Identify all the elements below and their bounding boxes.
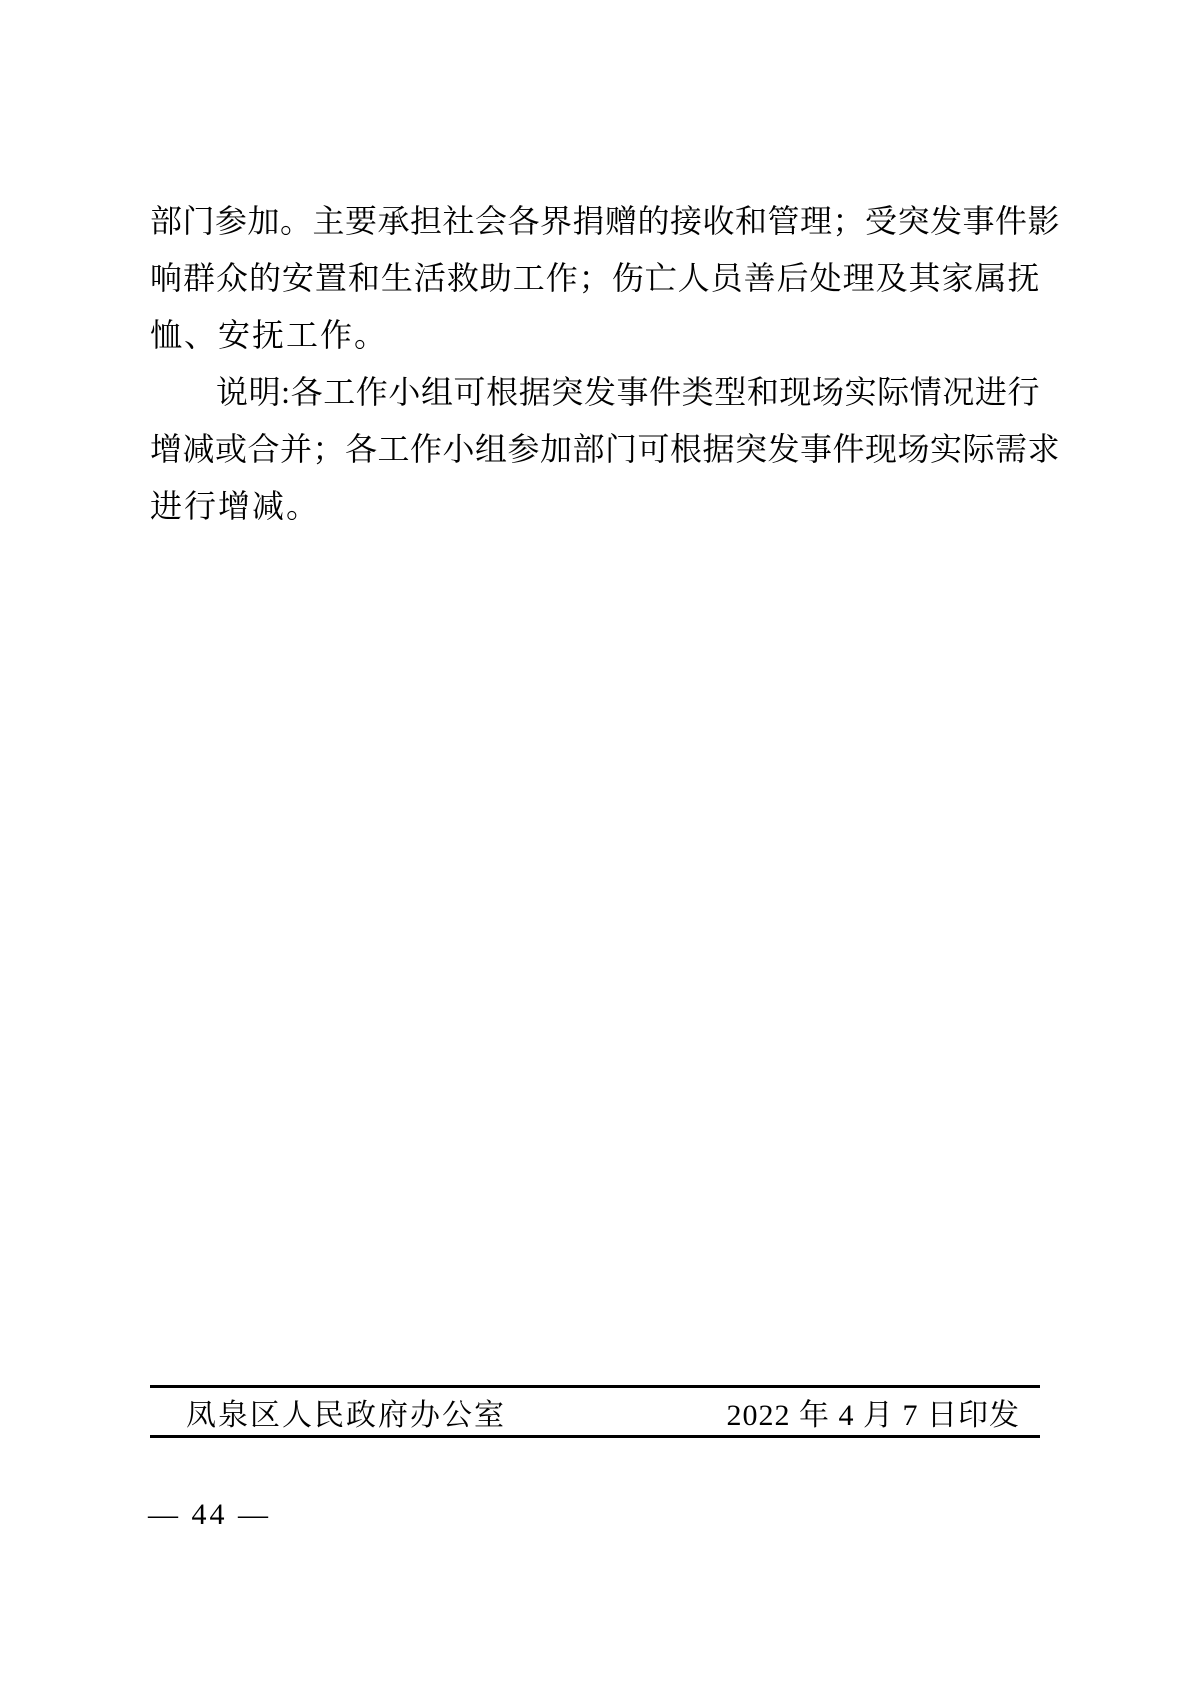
paragraph-2-line-2: 增减或合并；各工作小组参加部门可根据突发事件现场实际需求 (150, 421, 1040, 478)
paragraph-1-line-2: 响群众的安置和生活救助工作；伤亡人员善后处理及其家属抚 (150, 250, 1040, 307)
colophon-bar: 凤泉区人民政府办公室 2022 年 4 月 7 日印发 (150, 1385, 1040, 1438)
document-page: 部门参加。主要承担社会各界捐赠的接收和管理；受突发事件影 响群众的安置和生活救助… (0, 0, 1190, 1683)
print-date-label: 2022 年 4 月 7 日印发 (727, 1390, 1021, 1434)
paragraph-1-line-1: 部门参加。主要承担社会各界捐赠的接收和管理；受突发事件影 (150, 193, 1040, 250)
document-body: 部门参加。主要承担社会各界捐赠的接收和管理；受突发事件影 响群众的安置和生活救助… (150, 193, 1040, 535)
paragraph-2-line-3: 进行增减。 (150, 478, 1040, 535)
issuing-office-label: 凤泉区人民政府办公室 (186, 1390, 506, 1434)
page-number: — 44 — (148, 1498, 271, 1532)
paragraph-2-line-1: 说明:各工作小组可根据突发事件类型和现场实际情况进行 (150, 364, 1040, 421)
paragraph-1-line-3: 恤、安抚工作。 (150, 307, 1040, 364)
